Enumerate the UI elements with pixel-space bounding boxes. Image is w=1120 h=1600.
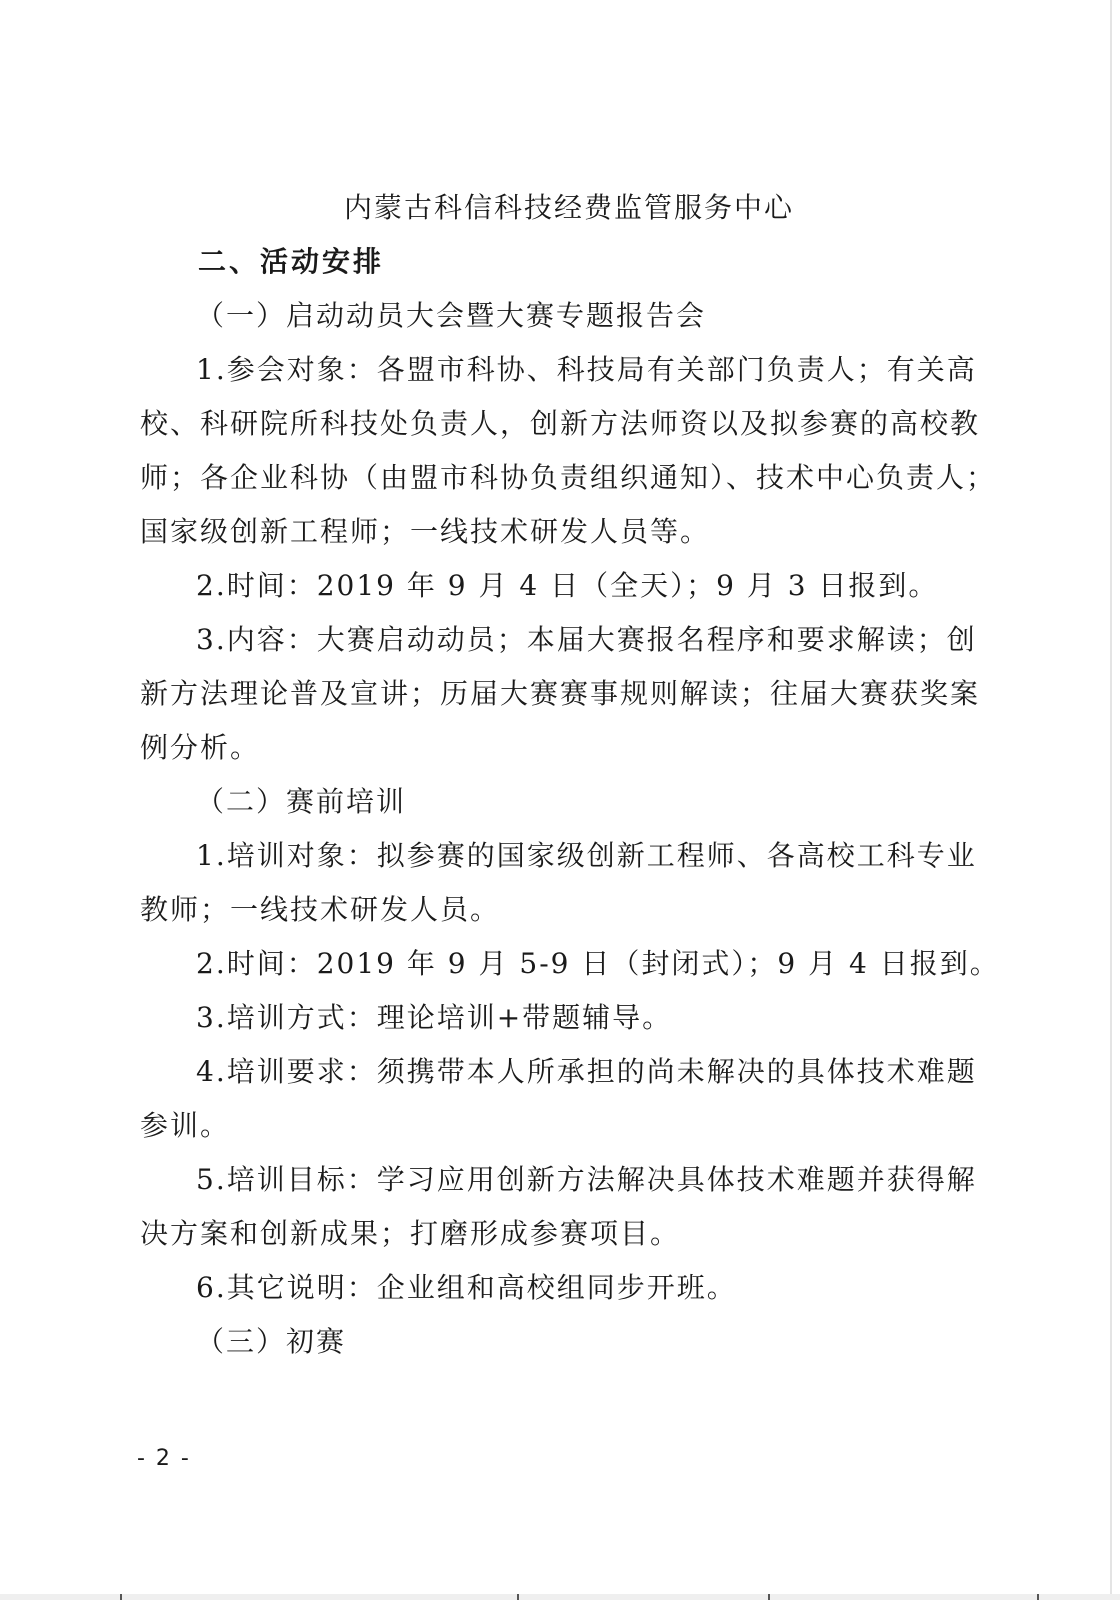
section-heading: 二、活动安排 [198,242,1028,282]
binding-mark [768,1594,770,1600]
page-edge-right [1110,0,1112,1600]
paragraph-line: 2.时间：2019 年 9 月 5-9 日（封闭式）；9 月 4 日报到。 [196,944,1026,984]
issuing-organization: 内蒙古科信科技经费监管服务中心 [0,188,1120,228]
paragraph-line: 1.参会对象：各盟市科协、科技局有关部门负责人；有关高 [196,350,962,390]
binding-mark [120,1594,122,1600]
paragraph-line: 2.时间：2019 年 9 月 4 日（全天）；9 月 3 日报到。 [196,566,1026,606]
paragraph-line: 新方法理论普及宣讲；历届大赛赛事规则解读；往届大赛获奖案 [140,674,962,714]
paragraph-line: 5.培训目标：学习应用创新方法解决具体技术难题并获得解 [196,1160,962,1200]
subsection-heading-3: （三）初赛 [196,1322,1026,1362]
paragraph-line: 校、科研院所科技处负责人，创新方法师资以及拟参赛的高校教 [140,404,962,444]
paragraph-line: 1.培训对象：拟参赛的国家级创新工程师、各高校工科专业 [196,836,962,876]
paragraph-line: 3.内容：大赛启动动员；本届大赛报名程序和要求解读；创 [196,620,962,660]
paragraph-line: 参训。 [140,1106,970,1146]
binding-mark [517,1594,519,1600]
subsection-heading-1: （一）启动动员大会暨大赛专题报告会 [196,296,1026,336]
paragraph-line: 国家级创新工程师；一线技术研发人员等。 [140,512,970,552]
paragraph-line: 决方案和创新成果；打磨形成参赛项目。 [140,1214,970,1254]
paragraph-line: 师；各企业科协（由盟市科协负责组织通知）、技术中心负责人； [140,458,962,498]
page-number: - 2 - [137,1444,191,1474]
page-edge-bottom [0,1594,1120,1600]
paragraph-line: 3.培训方式：理论培训+带题辅导。 [196,998,1026,1038]
binding-mark [1037,1594,1039,1600]
paragraph-line: 例分析。 [140,728,970,768]
paragraph-line: 教师；一线技术研发人员。 [140,890,970,930]
subsection-heading-2: （二）赛前培训 [196,782,1026,822]
paragraph-line: 4.培训要求：须携带本人所承担的尚未解决的具体技术难题 [196,1052,962,1092]
paragraph-line: 6.其它说明：企业组和高校组同步开班。 [196,1268,1026,1308]
